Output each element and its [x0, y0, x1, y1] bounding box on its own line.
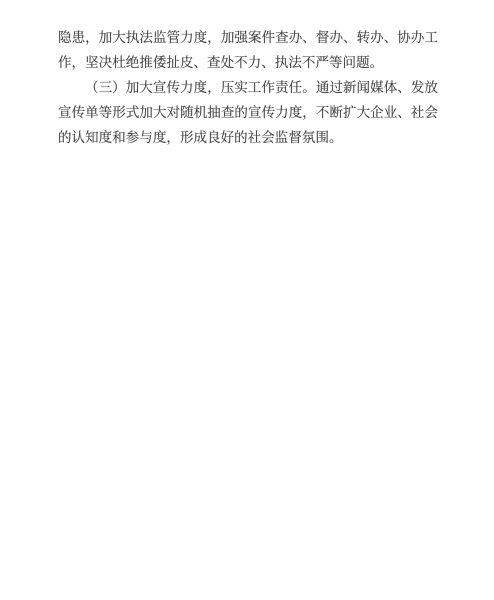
paragraph-continuation: 隐患，加大执法监管力度，加强案件查办、督办、转办、协办工作，坚决杜绝推倭扯皮、查… — [58, 25, 438, 75]
paragraph-section-three: （三）加大宣传力度，压实工作责任。通过新闻媒体、发放宣传单等形式加大对随机抽查的… — [58, 75, 438, 150]
document-page: 隐患，加大执法监管力度，加强案件查办、督办、转办、协办工作，坚决杜绝推倭扯皮、查… — [0, 0, 494, 600]
document-text-block: 隐患，加大执法监管力度，加强案件查办、督办、转办、协办工作，坚决杜绝推倭扯皮、查… — [58, 25, 438, 150]
